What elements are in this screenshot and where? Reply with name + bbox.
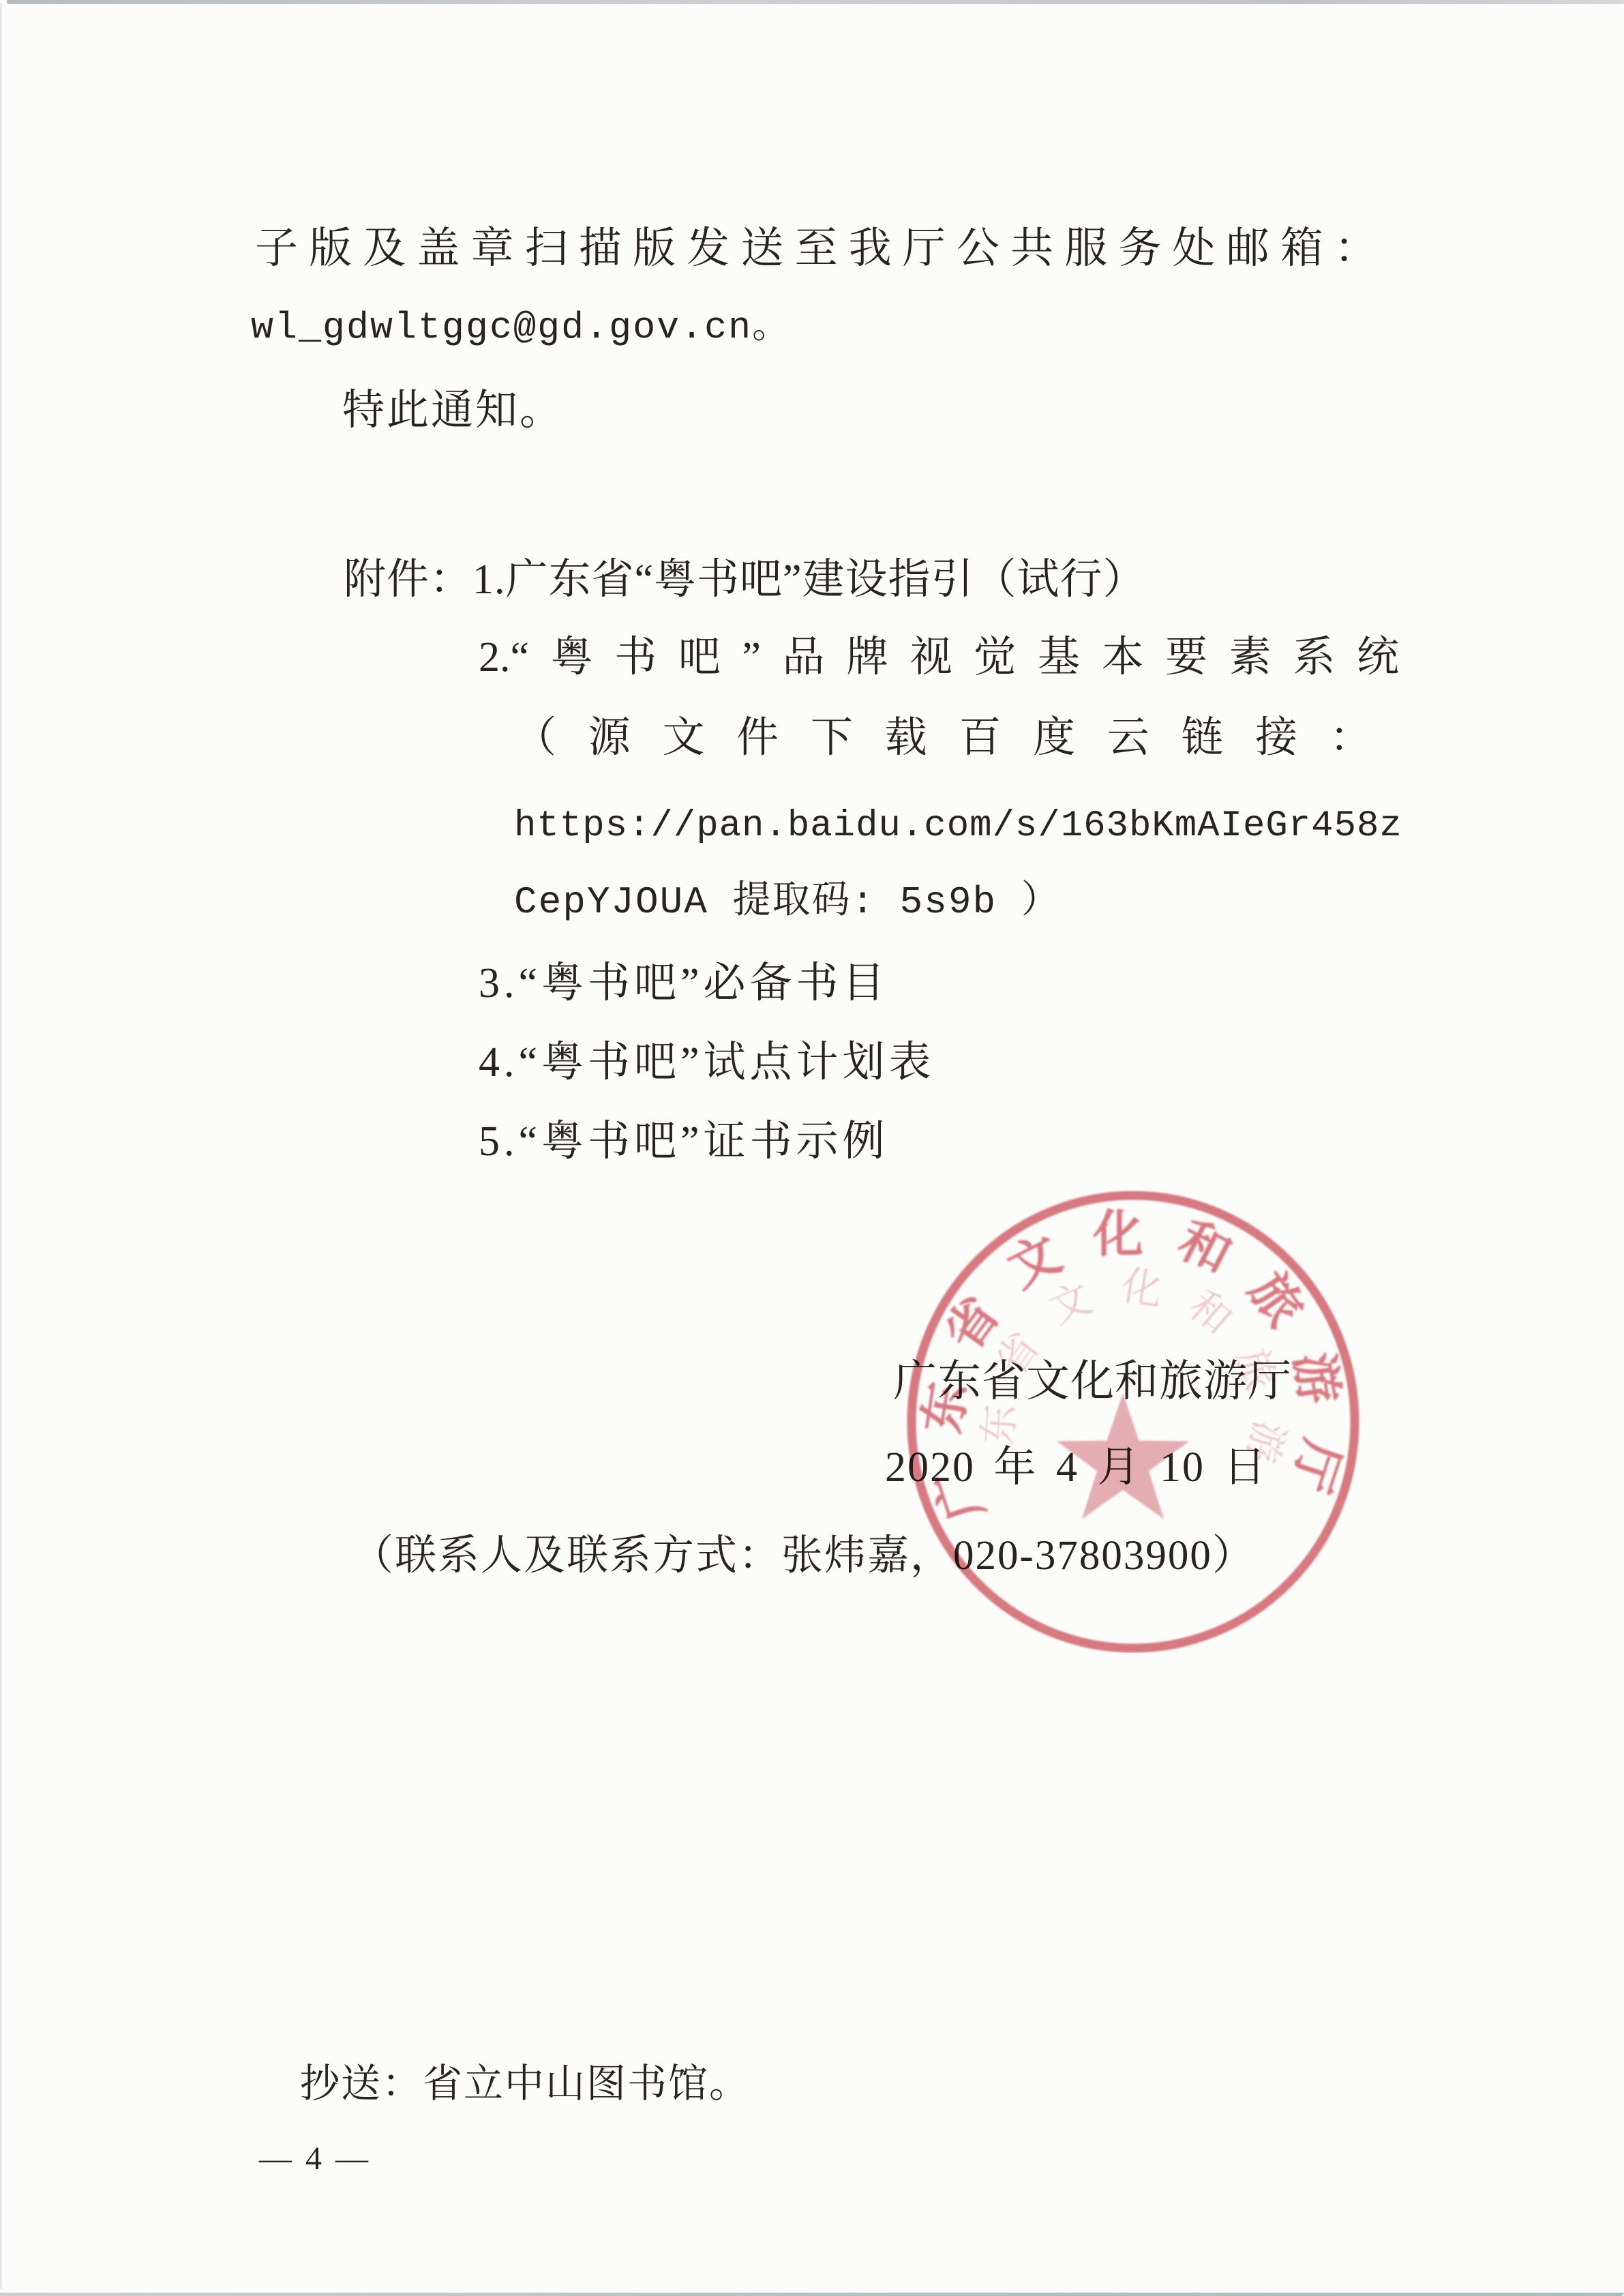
attachment-line-7: 4.“粤书吧”试点计划表 <box>479 1038 935 1088</box>
closing-line: 特此通知。 <box>342 386 564 436</box>
attachment-line-1: 附件：1.广东省“粤书吧”建设指引（试行） <box>344 555 1146 605</box>
attachment-line-2: 2.“粤书吧”品牌视觉基本要素系统 <box>479 633 1399 683</box>
scan-edge-bottom <box>0 2293 1624 2296</box>
attachment-line-6: 3.“粤书吧”必备书目 <box>479 959 889 1009</box>
email-address-line: wl_gdwltggc@gd.gov.cn。 <box>251 306 791 351</box>
attachment-line-url: https://pan.baidu.com/s/163bKmAIeGr458z <box>514 805 1402 848</box>
attachment-line-extraction-code: CepYJOUA 提取码: 5s9b ） <box>514 880 1061 925</box>
cc-line: 抄送：省立中山图书馆。 <box>300 2061 750 2107</box>
star-icon <box>1057 1393 1189 1519</box>
page-number: — 4 — <box>259 2140 371 2179</box>
document-page: 子版及盖章扫描版发送至我厅公共服务处邮箱： wl_gdwltggc@gd.gov… <box>0 0 1624 2296</box>
official-seal: 广东省文化和旅游厅 广东省文化和旅游厅 <box>905 1191 1361 1653</box>
attachment-line-8: 5.“粤书吧”证书示例 <box>479 1117 889 1167</box>
scan-edge-top <box>7 0 1624 4</box>
intro-line: 子版及盖章扫描版发送至我厅公共服务处邮箱： <box>255 223 1377 273</box>
scan-edge-left <box>0 3 2 2289</box>
attachment-line-3: （源文件下载百度云链接： <box>514 713 1372 763</box>
